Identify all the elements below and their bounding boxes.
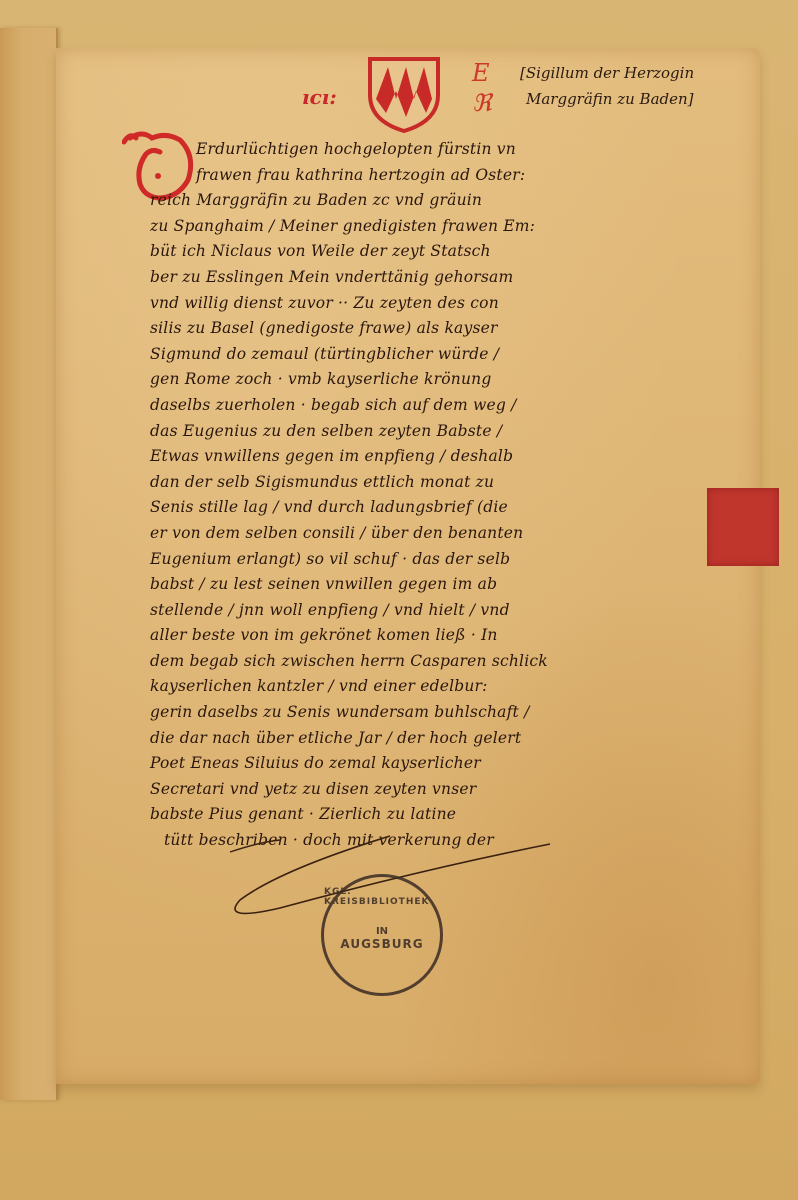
- text-line: stellende / jnn woll enpfieng / vnd hiel…: [150, 601, 670, 627]
- heraldic-shield-icon: [366, 55, 442, 133]
- text-line: dem begab sich zwischen herrn Casparen s…: [150, 652, 670, 678]
- text-line: büt ich Niclaus von Weile der zeyt Stats…: [150, 242, 670, 268]
- manuscript-text: Erdurlüchtigen hochgelopten fürstin vn f…: [150, 140, 670, 857]
- library-stamp: KGL. KREISBIBLIOTHEK IN AUGSBURG: [321, 874, 443, 996]
- stamp-middle-text: IN: [376, 926, 388, 937]
- text-line: die dar nach über etliche Jar / der hoch…: [150, 729, 670, 755]
- text-line: Poet Eneas Siluius do zemal kayserlicher: [150, 754, 670, 780]
- text-line: aller beste von im gekrönet komen ließ ·…: [150, 626, 670, 652]
- text-line: babst / zu lest seinen vnwillen gegen im…: [150, 575, 670, 601]
- text-line: ber zu Esslingen Mein vnderttänig gehors…: [150, 268, 670, 294]
- red-bookmark-tab[interactable]: [707, 488, 779, 566]
- text-line: gerin daselbs zu Senis wundersam buhlsch…: [150, 703, 670, 729]
- text-line: dan der selb Sigismundus ettlich monat z…: [150, 473, 670, 499]
- text-line: Etwas vnwillens gegen im enpfieng / desh…: [150, 447, 670, 473]
- red-rubric-right: Eℜ: [472, 58, 492, 118]
- text-line: Sigmund do zemaul (türtingblicher würde …: [150, 345, 670, 371]
- annotation-note: [Sigillum der Herzogin Marggräfin zu Bad…: [520, 60, 750, 112]
- stamp-city-text: AUGSBURG: [340, 937, 423, 951]
- text-line: frawen frau kathrina hertzogin ad Oster:: [150, 166, 670, 192]
- text-line: er von dem selben consili / über den ben…: [150, 524, 670, 550]
- text-line: Senis stille lag / vnd durch ladungsbrie…: [150, 498, 670, 524]
- text-line: daselbs zuerholen · begab sich auf dem w…: [150, 396, 670, 422]
- text-line: reich Marggräfin zu Baden zc vnd gräuin: [150, 191, 670, 217]
- text-line: zu Spanghaim / Meiner gnedigisten frawen…: [150, 217, 670, 243]
- red-rubric-left: ıcı:: [302, 85, 337, 109]
- text-line: Erdurlüchtigen hochgelopten fürstin vn: [150, 140, 670, 166]
- text-line: gen Rome zoch · vmb kayserliche krönung: [150, 370, 670, 396]
- note-line-2: Marggräfin zu Baden]: [520, 86, 750, 112]
- text-line: silis zu Basel (gnedigoste frawe) als ka…: [150, 319, 670, 345]
- left-page-edge: [0, 28, 58, 1100]
- text-line: Secretari vnd yetz zu disen zeyten vnser: [150, 780, 670, 806]
- text-line: vnd willig dienst zuvor ·· Zu zeyten des…: [150, 294, 670, 320]
- text-line: kayserlichen kantzler / vnd einer edelbu…: [150, 677, 670, 703]
- text-line: Eugenium erlangt) so vil schuf · das der…: [150, 550, 670, 576]
- note-line-1: [Sigillum der Herzogin: [520, 60, 750, 86]
- stamp-ring-text: KGL. KREISBIBLIOTHEK: [324, 887, 440, 907]
- text-line: das Eugenius zu den selben zeyten Babste…: [150, 422, 670, 448]
- text-line: babste Pius genant · Zierlich zu latine: [150, 805, 670, 831]
